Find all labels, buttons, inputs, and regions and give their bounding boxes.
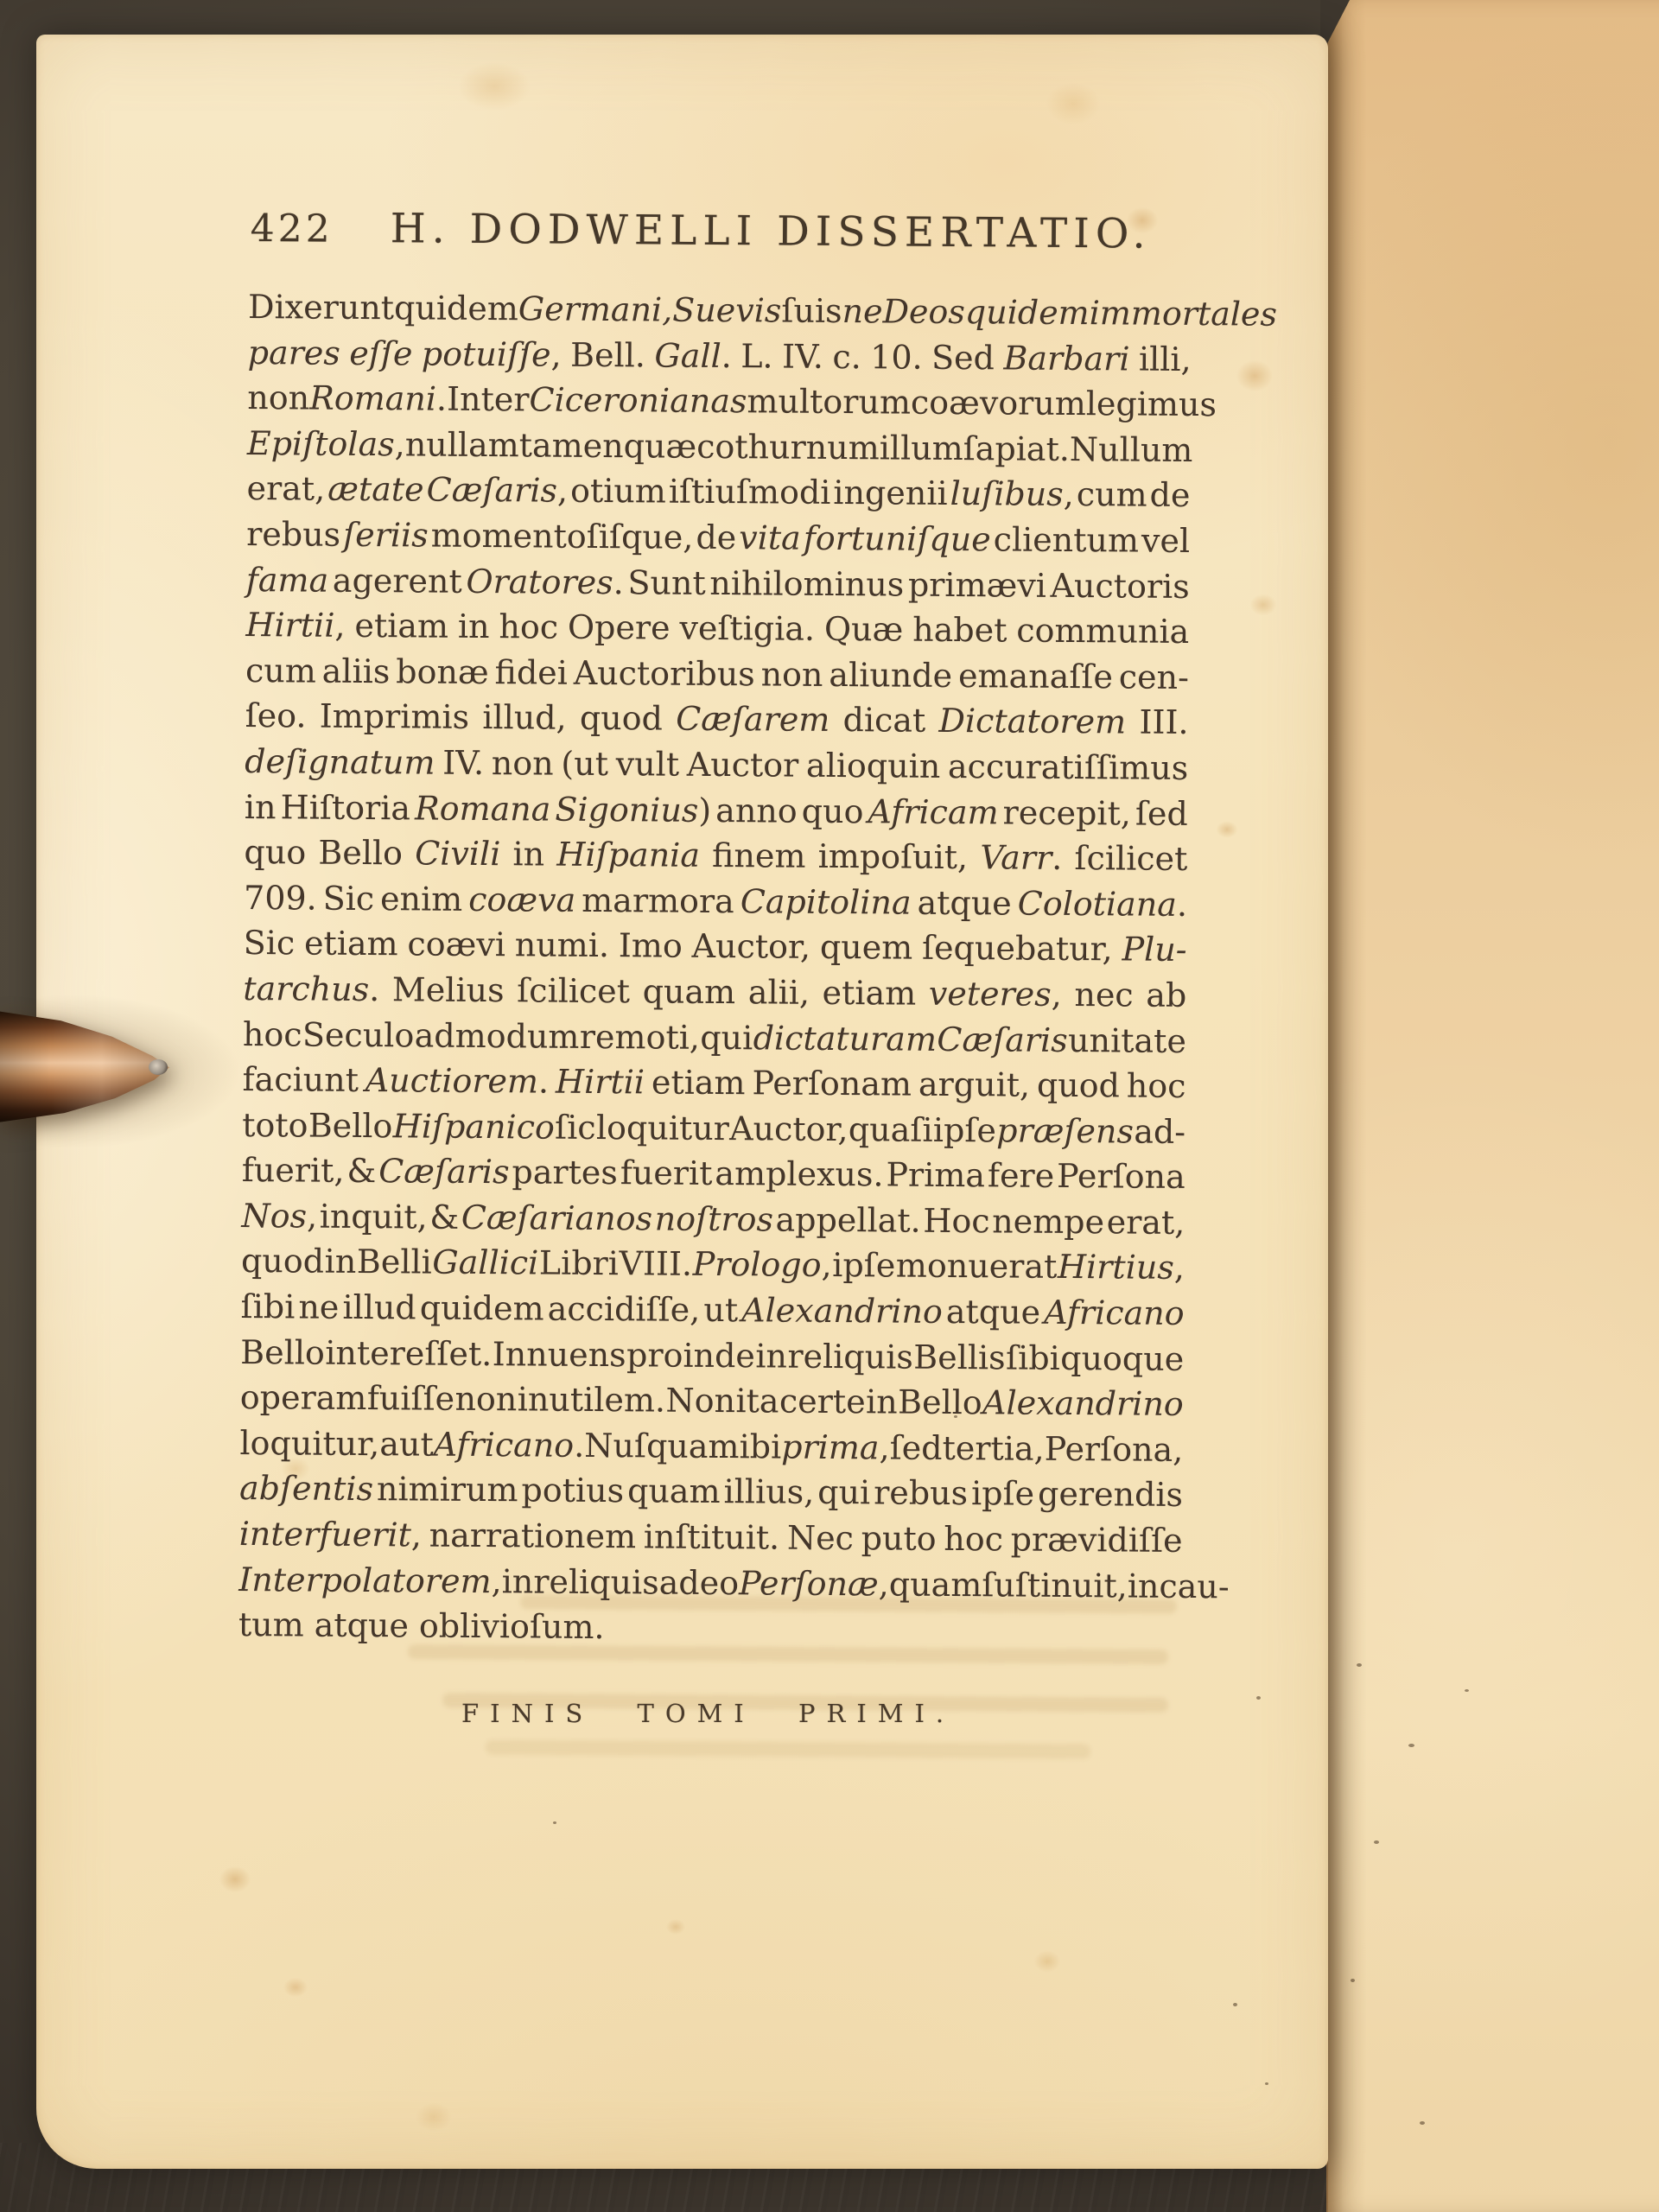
body-text: DixeruntquidemGermani,SuevisſuisneDeosqu… (238, 284, 1192, 1655)
body-line: DixeruntquidemGermani,SuevisſuisneDeosqu… (248, 284, 1192, 337)
fore-edge-page-stack (1326, 0, 1659, 2212)
body-line: rebusſeriismomentoſiſque,devitafortuniſq… (246, 512, 1190, 564)
body-line: tumatqueoblivioſum. (238, 1602, 1182, 1655)
body-line: totoBelloHiſpanicoſicloquiturAuctor,quaſ… (242, 1103, 1185, 1155)
speck (1265, 2082, 1268, 2085)
speck (1465, 1689, 1469, 1692)
body-line: fuerit,&Cæſarispartesfueritamplexus.Prim… (242, 1147, 1185, 1200)
body-line: interfuerit,narrationeminſtituit.Necputo… (239, 1511, 1183, 1564)
running-head: 422 H. DODWELLI DISSERTATIO. (251, 204, 1203, 258)
speck (1420, 2121, 1425, 2125)
body-line: ſibineilludquidemaccidiſſe,utAlexandrino… (240, 1284, 1184, 1337)
body-line: quoBelloCiviliinHiſpaniafinemimpoſuit,Va… (244, 829, 1187, 882)
body-line: quodinBelliGalliciLibriVIII.Prologo,ipſe… (241, 1238, 1185, 1291)
page-number: 422 (251, 207, 334, 251)
body-line: pareseſſepotuiſſe,Bell.Gall.L.IV.c.10.Se… (248, 330, 1192, 383)
finis-colophon: FINIS TOMI PRIMI. (461, 1699, 955, 1728)
body-line: nonRomani.InterCiceronianasmultorumcoævo… (247, 375, 1191, 428)
copper-pen-tip (0, 1009, 169, 1123)
body-line: Interpolatorem,inreliquisadeoPerſonæ,qua… (238, 1557, 1182, 1610)
book-photograph: 422 H. DODWELLI DISSERTATIO. Dixeruntqui… (0, 0, 1659, 2212)
body-line: loquitur,autAfricano.Nuſquamibiprima,ſed… (239, 1421, 1183, 1473)
running-title: H. DODWELLI DISSERTATIO. (391, 205, 1152, 257)
body-line: inHiſtoriaRomanaSigonius)annoquoAfricamr… (245, 785, 1188, 837)
body-line: operamfuiſſenoninutilem.NonitacerteinBel… (240, 1375, 1184, 1427)
showthrough-line (486, 1740, 1090, 1759)
body-line: tarchus.Meliusſcilicetquamalii,etiamvete… (243, 966, 1186, 1019)
pen-point (149, 1059, 168, 1075)
body-line: Epiſtolas,nullamtamenquæcothurnumillumſa… (247, 421, 1191, 474)
speck (1357, 1663, 1362, 1667)
body-line: Sicetiamcoævinumi.ImoAuctor,quemſequebat… (244, 920, 1187, 973)
body-line: hocSeculoadmodumremoti,quidictaturamCæſa… (243, 1011, 1186, 1064)
body-line: Bellointereſſet.Innuensproindeinreliquis… (240, 1330, 1184, 1382)
body-line: deſignatumIV.non(utvultAuctoralioquinacc… (245, 739, 1188, 791)
printed-text-block: 422 H. DODWELLI DISSERTATIO. Dixeruntqui… (238, 204, 1203, 1655)
speck (553, 1821, 556, 1824)
body-line: famaagerentOratores.Suntnihilominusprimæ… (246, 557, 1190, 610)
body-line: 709.SicenimcoævamarmoraCapitolinaatqueCo… (244, 875, 1187, 928)
body-line: cumaliisbonæfideiAuctoribusnonaliundeema… (245, 648, 1189, 701)
body-line: faciuntAuctiorem.HirtiietiamPerſonamargu… (242, 1057, 1185, 1109)
speck (1374, 1840, 1379, 1844)
speck (1408, 1744, 1414, 1747)
body-line: erat,ætateCæſaris,otiumiſtiuſmodiingenii… (246, 466, 1190, 518)
body-line: Nos,inquit,&Cæſarianosnoſtrosappellat.Ho… (241, 1193, 1185, 1246)
speck (1233, 2003, 1237, 2006)
body-line: Hirtii,etiaminhocOpereveſtigia.Quæhabetc… (245, 602, 1189, 655)
pen-body (0, 1009, 169, 1123)
body-line: ſeo.Imprimisillud,quodCæſaremdicatDictat… (245, 693, 1188, 746)
body-line: abſentisnimirumpotiusquamillius,quirebus… (239, 1465, 1183, 1518)
speck (1256, 1696, 1261, 1700)
speck (1351, 1979, 1355, 1982)
